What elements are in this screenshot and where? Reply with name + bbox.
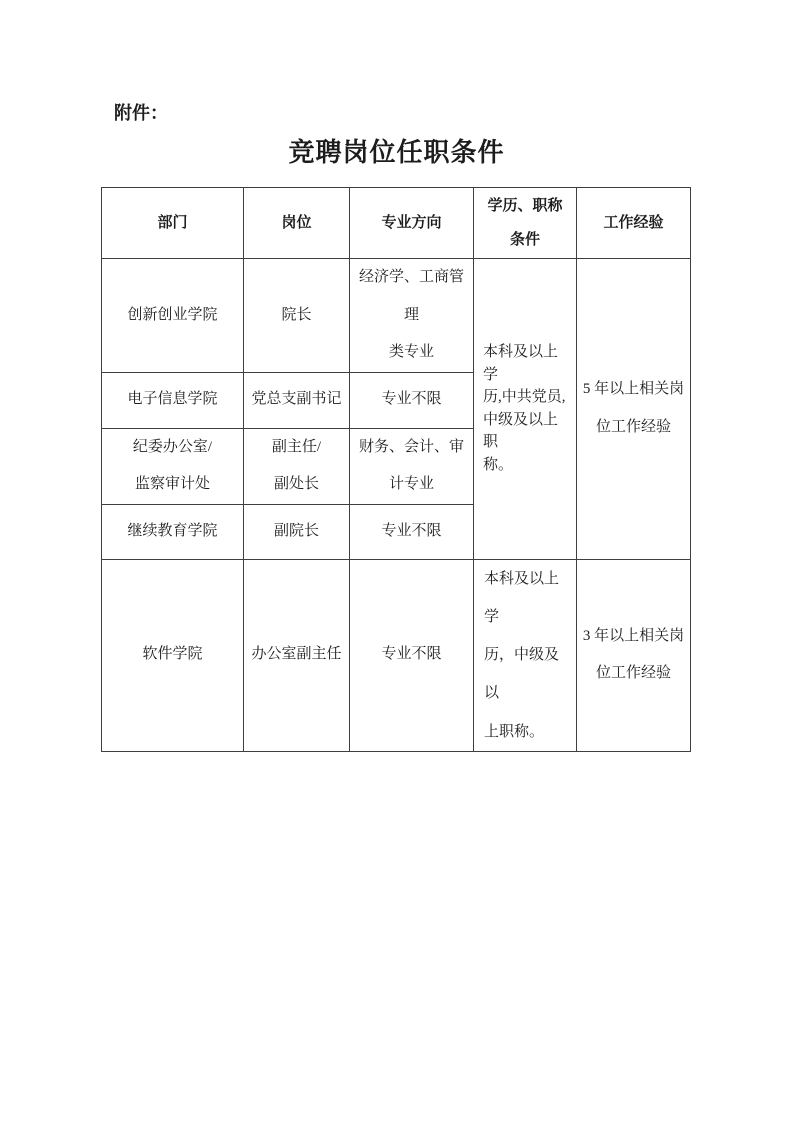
major-cell: 财务、会计、审 计专业 — [350, 428, 474, 504]
experience-cell-merged: 5 年以上相关岗 位工作经验 — [577, 259, 691, 560]
department-cell: 纪委办公室/ 监察审计处 — [102, 428, 244, 504]
column-header-qualification: 学历、职称 条件 — [474, 188, 577, 259]
position-cell: 院长 — [244, 259, 350, 373]
qualification-table: 部门 岗位 专业方向 学历、职称 条件 工作经验 创新创业学院 院长 经济学、工… — [101, 187, 691, 752]
column-header-major: 专业方向 — [350, 188, 474, 259]
table-header-row: 部门 岗位 专业方向 学历、职称 条件 工作经验 — [102, 188, 691, 259]
major-cell: 专业不限 — [350, 504, 474, 559]
position-cell: 办公室副主任 — [244, 559, 350, 751]
position-cell: 副院长 — [244, 504, 350, 559]
qualification-cell: 本科及以上学 历，中级及以 上职称。 — [474, 559, 577, 751]
major-cell: 专业不限 — [350, 372, 474, 428]
department-cell: 继续教育学院 — [102, 504, 244, 559]
position-cell: 副主任/ 副处长 — [244, 428, 350, 504]
column-header-position: 岗位 — [244, 188, 350, 259]
qualification-cell-merged: 本科及以上学 历,中共党员, 中级及以上职 称。 — [474, 259, 577, 560]
department-cell: 创新创业学院 — [102, 259, 244, 373]
department-cell: 软件学院 — [102, 559, 244, 751]
department-cell: 电子信息学院 — [102, 372, 244, 428]
table-row: 创新创业学院 院长 经济学、工商管理 类专业 本科及以上学 历,中共党员, 中级… — [102, 259, 691, 373]
major-cell: 经济学、工商管理 类专业 — [350, 259, 474, 373]
attachment-label: 附件： — [114, 102, 168, 125]
page-title: 竞聘岗位任职条件 — [0, 137, 793, 170]
experience-cell: 3 年以上相关岗 位工作经验 — [577, 559, 691, 751]
position-cell: 党总支副书记 — [244, 372, 350, 428]
major-cell: 专业不限 — [350, 559, 474, 751]
table-row: 软件学院 办公室副主任 专业不限 本科及以上学 历，中级及以 上职称。 3 年以… — [102, 559, 691, 751]
column-header-department: 部门 — [102, 188, 244, 259]
column-header-experience: 工作经验 — [577, 188, 691, 259]
document-page: 附件： 竞聘岗位任职条件 部门 岗位 专业方向 学历、职称 条件 工作经验 创新… — [0, 0, 793, 1122]
